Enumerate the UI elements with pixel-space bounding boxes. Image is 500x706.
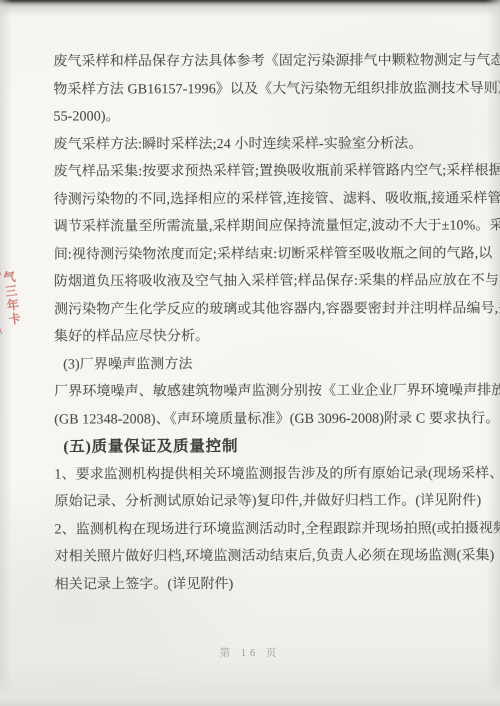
text-line: 55-2000)。 xyxy=(53,102,469,131)
text-line: 废气样品采集:按要求预热采样管;置换吸收瓶前采样管路内空气;采样根据 xyxy=(54,157,470,186)
red-seal-arc xyxy=(0,267,17,339)
text-line: 调节采样流量至所需流量,采样期间应保持流量恒定,波动不大于±10%。采样时 xyxy=(54,212,470,241)
red-seal-text: 气三年卡 xyxy=(1,270,21,327)
text-line: 原始记录、分析测试原始记录等)复印件,并做好归档工作。(详见附件) xyxy=(54,487,470,516)
scan-edge-top xyxy=(0,0,500,16)
text-line: 间:视待测污染物浓度而定;采样结束:切断采样管至吸收瓶之间的气路,以 xyxy=(54,240,470,269)
red-seal-fragment: 气三年卡 xyxy=(0,264,26,341)
text-line: 厂界环境噪声、敏感建筑物噪声监测分别按《工业企业厂界环境噪声排放标准》 xyxy=(54,377,470,406)
subsection-heading-noise: (3)厂界噪声监测方法 xyxy=(54,350,470,379)
scan-edge-bottom xyxy=(0,676,500,706)
text-line: 废气采样和样品保存方法具体参考《固定污染源排气中颗粒物测定与气态污染 xyxy=(53,47,469,76)
text-line: 待测污染物的不同,选择相应的采样管,连接管、滤料、吸收瓶,接通采样管路, xyxy=(54,185,470,214)
text-line: 对相关照片做好归档,环境监测活动结束后,负责人必须在现场监测(采集) xyxy=(55,542,471,571)
section-heading-quality: (五)质量保证及质量控制 xyxy=(54,432,470,461)
text-line: 防烟道负压将吸收液及空气抽入采样管;样品保存:采集的样品应放在不与被 xyxy=(54,267,470,296)
text-line: (GB 12348-2008)、《声环境质量标准》(GB 3096-2008)附… xyxy=(54,405,470,434)
text-line: 废气采样方法:瞬时采样法;24 小时连续采样-实验室分析法。 xyxy=(53,130,469,159)
text-line: 物采样方法 GB16157-1996》以及《大气污染物无组织排放监测技术导则》(… xyxy=(53,75,469,104)
text-line: 1、要求监测机构提供相关环境监测报告涉及的所有原始记录(现场采样、监测 xyxy=(54,460,470,489)
page-number: 第 16 页 xyxy=(0,645,500,660)
scanned-document-page: 气三年卡 废气采样和样品保存方法具体参考《固定污染源排气中颗粒物测定与气态污染 … xyxy=(0,0,500,706)
text-line: 2、监测机构在现场进行环境监测活动时,全程跟踪并现场拍照(或拍摄视频), xyxy=(55,515,471,544)
document-body: 废气采样和样品保存方法具体参考《固定污染源排气中颗粒物测定与气态污染 物采样方法… xyxy=(53,47,470,598)
text-line: 相关记录上签字。(详见附件) xyxy=(55,570,471,599)
text-line: 集好的样品应尽快分析。 xyxy=(54,322,470,351)
text-line: 测污染物产生化学反应的玻璃或其他容器内,容器要密封并注明样品编号,采 xyxy=(54,295,470,324)
scan-edge-right xyxy=(486,0,500,706)
scan-edge-left xyxy=(0,0,12,706)
